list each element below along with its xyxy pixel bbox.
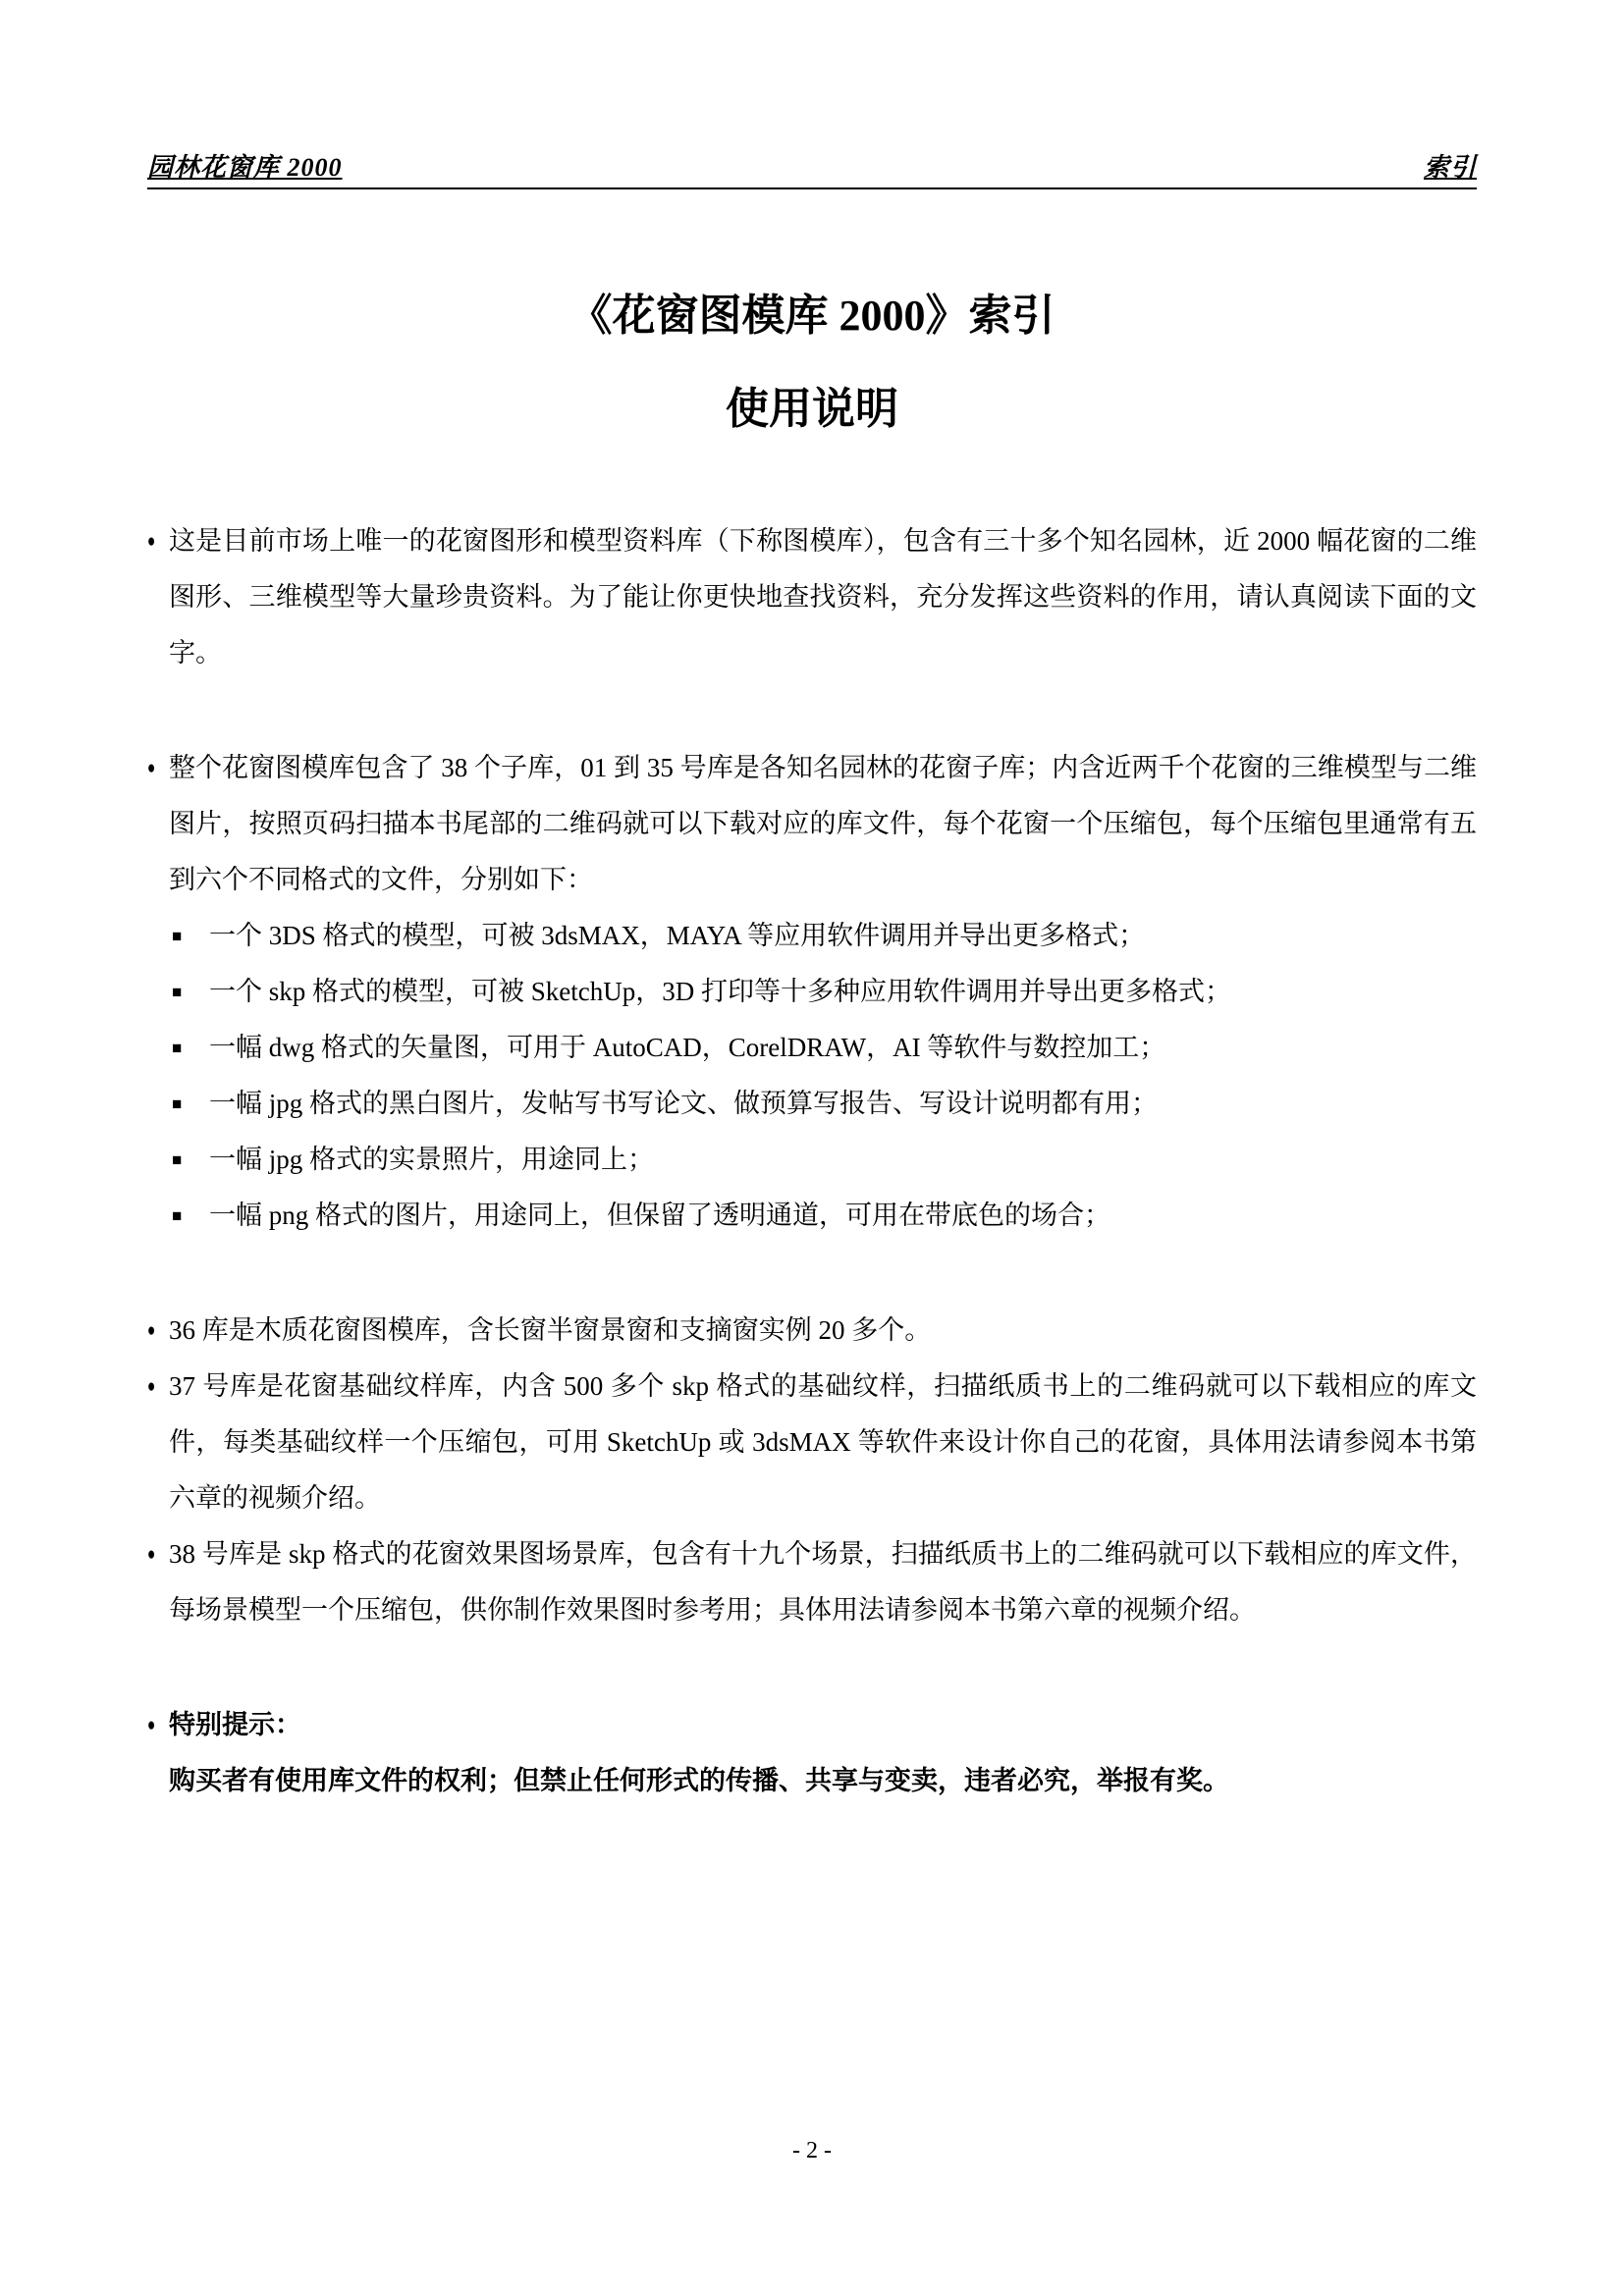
notice-title: 特别提示： xyxy=(169,1697,1477,1753)
page-number: - 2 - xyxy=(0,2138,1624,2164)
format-list-item: ■ 一幅 png 格式的图片，用途同上，但保留了透明通道，可用在带底色的场合； xyxy=(172,1188,1477,1244)
format-list-item: ■ 一个 3DS 格式的模型，可被 3dsMAX，MAYA 等应用软件调用并导出… xyxy=(172,908,1477,964)
format-list-item: ■ 一幅 jpg 格式的黑白图片，发帖写书写论文、做预算写报告、写设计说明都有用… xyxy=(172,1076,1477,1132)
paragraph-text: 36 库是木质花窗图模库，含长窗半窗景窗和支摘窗实例 20 多个。 xyxy=(169,1303,1477,1359)
page-header: 园林花窗库 2000 索引 xyxy=(147,147,1477,189)
bullet-paragraph-notice: ● 特别提示： 购买者有使用库文件的权利；但禁止任何形式的传播、共享与变卖，违者… xyxy=(147,1697,1477,1809)
format-item-text: 一个 3DS 格式的模型，可被 3dsMAX，MAYA 等应用软件调用并导出更多… xyxy=(209,908,1477,964)
document-page: 园林花窗库 2000 索引 《花窗图模库 2000》索引 使用说明 ● 这是目前… xyxy=(0,0,1624,2296)
page-title: 《花窗图模库 2000》索引 xyxy=(147,288,1477,344)
bullet-dot-icon: ● xyxy=(147,1526,163,1582)
notice-block: 特别提示： 购买者有使用库文件的权利；但禁止任何形式的传播、共享与变卖，违者必究… xyxy=(169,1697,1477,1809)
paragraph-text: 整个花窗图模库包含了 38 个子库，01 到 35 号库是各知名园林的花窗子库；… xyxy=(169,740,1477,908)
notice-body: 购买者有使用库文件的权利；但禁止任何形式的传播、共享与变卖，违者必究，举报有奖。 xyxy=(169,1753,1477,1809)
format-list-item: ■ 一幅 dwg 格式的矢量图，可用于 AutoCAD，CorelDRAW，AI… xyxy=(172,1020,1477,1076)
header-book-title: 园林花窗库 2000 xyxy=(147,147,343,184)
bullet-paragraph-structure: ● 整个花窗图模库包含了 38 个子库，01 到 35 号库是各知名园林的花窗子… xyxy=(147,740,1477,908)
format-item-text: 一幅 jpg 格式的实景照片，用途同上； xyxy=(209,1132,1477,1188)
bullet-dot-icon: ● xyxy=(147,740,163,796)
square-bullet-icon: ■ xyxy=(172,908,209,964)
format-item-text: 一幅 jpg 格式的黑白图片，发帖写书写论文、做预算写报告、写设计说明都有用； xyxy=(209,1076,1477,1132)
square-bullet-icon: ■ xyxy=(172,1076,209,1132)
bullet-dot-icon: ● xyxy=(147,1359,163,1415)
bullet-dot-icon: ● xyxy=(147,1697,163,1753)
square-bullet-icon: ■ xyxy=(172,1020,209,1076)
bullet-paragraph-lib38: ● 38 号库是 skp 格式的花窗效果图场景库，包含有十九个场景，扫描纸质书上… xyxy=(147,1526,1477,1638)
square-bullet-icon: ■ xyxy=(172,964,209,1020)
square-bullet-icon: ■ xyxy=(172,1132,209,1188)
header-section-label: 索引 xyxy=(1424,147,1477,184)
bullet-paragraph-intro: ● 这是目前市场上唯一的花窗图形和模型资料库（下称图模库），包含有三十多个知名园… xyxy=(147,513,1477,681)
bullet-paragraph-lib37: ● 37 号库是花窗基础纹样库，内含 500 多个 skp 格式的基础纹样，扫描… xyxy=(147,1359,1477,1526)
page-subtitle: 使用说明 xyxy=(147,381,1477,437)
bullet-dot-icon: ● xyxy=(147,1303,163,1359)
format-list-item: ■ 一幅 jpg 格式的实景照片，用途同上； xyxy=(172,1132,1477,1188)
paragraph-text: 这是目前市场上唯一的花窗图形和模型资料库（下称图模库），包含有三十多个知名园林，… xyxy=(169,513,1477,681)
format-list-item: ■ 一个 skp 格式的模型，可被 SketchUp，3D 打印等十多种应用软件… xyxy=(172,964,1477,1020)
format-item-text: 一个 skp 格式的模型，可被 SketchUp，3D 打印等十多种应用软件调用… xyxy=(209,964,1477,1020)
bullet-paragraph-lib36: ● 36 库是木质花窗图模库，含长窗半窗景窗和支摘窗实例 20 多个。 xyxy=(147,1303,1477,1359)
bullet-dot-icon: ● xyxy=(147,513,163,569)
format-list: ■ 一个 3DS 格式的模型，可被 3dsMAX，MAYA 等应用软件调用并导出… xyxy=(172,908,1477,1244)
format-item-text: 一幅 png 格式的图片，用途同上，但保留了透明通道，可用在带底色的场合； xyxy=(209,1188,1477,1244)
document-body: ● 这是目前市场上唯一的花窗图形和模型资料库（下称图模库），包含有三十多个知名园… xyxy=(147,513,1477,1809)
paragraph-text: 38 号库是 skp 格式的花窗效果图场景库，包含有十九个场景，扫描纸质书上的二… xyxy=(169,1526,1477,1638)
format-item-text: 一幅 dwg 格式的矢量图，可用于 AutoCAD，CorelDRAW，AI 等… xyxy=(209,1020,1477,1076)
paragraph-text: 37 号库是花窗基础纹样库，内含 500 多个 skp 格式的基础纹样，扫描纸质… xyxy=(169,1359,1477,1526)
square-bullet-icon: ■ xyxy=(172,1188,209,1244)
